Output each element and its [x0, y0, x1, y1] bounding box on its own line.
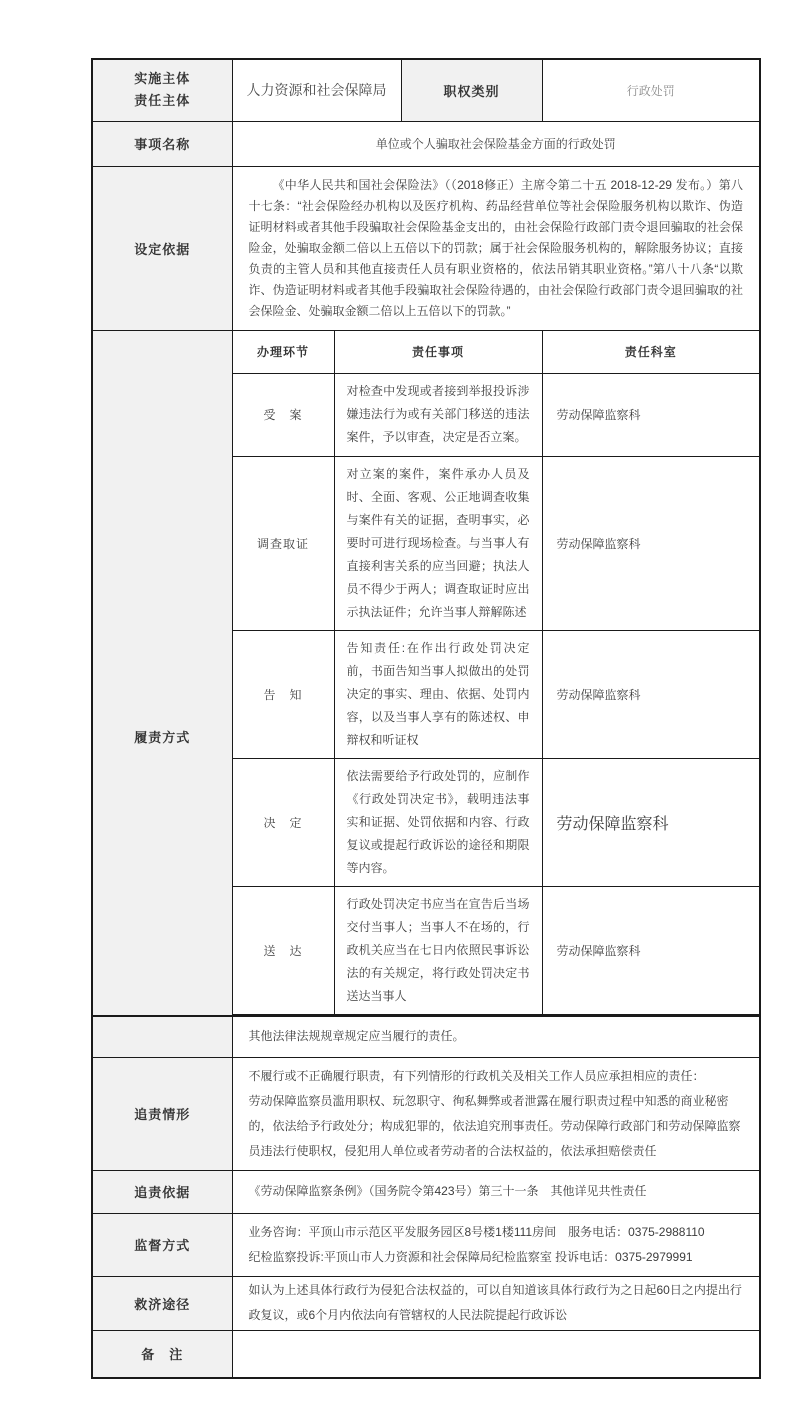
legal-basis-text: 《中华人民共和国社会保险法》（（2018修正）主席令第二十五 2018-12-2… [233, 167, 760, 330]
other-duty-value-cell: 其他法律法规规章规定应当履行的责任。 [232, 1016, 760, 1057]
power-type-label-cell: 职权类别 [401, 59, 542, 121]
duty-dept: 劳动保障监察科 [543, 535, 760, 552]
supervision-label: 监督方式 [134, 1238, 190, 1253]
row-supervision: 监督方式 业务咨询：平顶山市示范区平发服务园区8号楼1楼111房间 服务电话：0… [92, 1213, 760, 1276]
implement-subject-label: 实施主体 [93, 68, 232, 90]
duty-step: 送 达 [232, 886, 334, 1014]
item-name-label: 事项名称 [134, 137, 190, 152]
duty-matter-cell: 对立案的案件，案件承办人员及时、全面、客观、公正地调查收集与案件有关的证据，查明… [334, 456, 542, 630]
remedy-label-cell: 救济途径 [92, 1276, 232, 1330]
item-name-label-cell: 事项名称 [92, 121, 232, 166]
duty-dept: 劳动保障监察科 [543, 686, 760, 703]
row-liability-situation: 追责情形 不履行或不正确履行职责，有下列情形的行政机关及相关工作人员应承担相应的… [92, 1057, 760, 1170]
duty-step: 告 知 [232, 630, 334, 758]
remark-value-cell [232, 1330, 760, 1378]
supervision-line1: 业务咨询：平顶山市示范区平发服务园区8号楼1楼111房间 服务电话：0375-2… [233, 1220, 760, 1245]
responsible-subject-label: 责任主体 [93, 90, 232, 112]
row-other-duty: 其他法律法规规章规定应当履行的责任。 [92, 1016, 760, 1057]
supervision-value-cell: 业务咨询：平顶山市示范区平发服务园区8号楼1楼111房间 服务电话：0375-2… [232, 1213, 760, 1276]
agency-cell: 人力资源和社会保障局 [232, 59, 401, 121]
duty-matter: 对检查中发现或者接到举报投诉涉嫌违法行为或有关部门移送的违法案件，予以审查，决定… [335, 374, 542, 455]
duty-dept: 劳动保障监察科 [543, 942, 760, 959]
power-type-value: 行政处罚 [543, 82, 760, 99]
accountability-table: 其他法律法规规章规定应当履行的责任。 追责情形 不履行或不正确履行职责，有下列情… [91, 1015, 761, 1379]
power-type-value-cell: 行政处罚 [542, 59, 760, 121]
row-remedy: 救济途径 如认为上述具体行政行为侵犯合法权益的，可以自知道该具体行政行为之日起6… [92, 1276, 760, 1330]
row-subject: 实施主体 责任主体 人力资源和社会保障局 职权类别 行政处罚 [92, 59, 760, 121]
remark-label-cell: 备 注 [92, 1330, 232, 1378]
legal-basis-label-cell: 设定依据 [92, 166, 232, 330]
liability-basis-label: 追责依据 [134, 1185, 190, 1200]
other-duty-label-cell [92, 1016, 232, 1057]
supervision-line2: 纪检监察投诉:平顶山市人力资源和社会保障局纪检监察室 投诉电话：0375-297… [233, 1245, 760, 1270]
duty-dept: 劳动保障监察科 [543, 406, 760, 423]
liability-text-line1: 不履行或不正确履行职责，有下列情形的行政机关及相关工作人员应承担相应的责任： [233, 1064, 760, 1089]
main-responsibility-table: 实施主体 责任主体 人力资源和社会保障局 职权类别 行政处罚 事项名称 单位或个… [91, 58, 761, 1144]
duty-dept: 劳动保障监察科 [543, 811, 760, 834]
duty-header-dept: 责任科室 [542, 330, 760, 373]
item-name-value: 单位或个人骗取社会保险基金方面的行政处罚 [233, 135, 760, 152]
duty-matter-cell: 对检查中发现或者接到举报投诉涉嫌违法行为或有关部门移送的违法案件，予以审查，决定… [334, 373, 542, 456]
duty-matter: 对立案的案件，案件承办人员及时、全面、客观、公正地调查收集与案件有关的证据，查明… [335, 457, 542, 630]
agency-name: 人力资源和社会保障局 [233, 80, 401, 100]
liability-label: 追责情形 [134, 1107, 190, 1122]
power-type-label: 职权类别 [443, 84, 499, 99]
duty-dept-cell: 劳动保障监察科 [542, 456, 760, 630]
liability-basis-text: 《劳动保障监察条例》（国务院令第423号）第三十一条 其他详见共性责任 [233, 1179, 760, 1204]
duty-dept-cell: 劳动保障监察科 [542, 886, 760, 1014]
row-liability-basis: 追责依据 《劳动保障监察条例》（国务院令第423号）第三十一条 其他详见共性责任 [92, 1170, 760, 1213]
row-legal-basis: 设定依据 《中华人民共和国社会保险法》（（2018修正）主席令第二十五 2018… [92, 166, 760, 330]
remedy-label: 救济途径 [134, 1297, 190, 1312]
duty-dept-cell: 劳动保障监察科 [542, 630, 760, 758]
remark-label: 备 注 [141, 1347, 183, 1362]
row-remark: 备 注 [92, 1330, 760, 1378]
duty-matter: 行政处罚决定书应当在宣告后当场交付当事人；当事人不在场的，行政机关应当在七日内依… [335, 887, 542, 1014]
duty-dept-cell: 劳动保障监察科 [542, 373, 760, 456]
remedy-value-cell: 如认为上述具体行政行为侵犯合法权益的，可以自知道该具体行政行为之日起60日之内提… [232, 1276, 760, 1330]
legal-basis-value-cell: 《中华人民共和国社会保险法》（（2018修正）主席令第二十五 2018-12-2… [232, 166, 760, 330]
duty-matter: 告知责任:在作出行政处罚决定前，书面告知当事人拟做出的处罚决定的事实、理由、依据… [335, 631, 542, 758]
duty-matter-cell: 行政处罚决定书应当在宣告后当场交付当事人；当事人不在场的，行政机关应当在七日内依… [334, 886, 542, 1014]
liability-basis-label-cell: 追责依据 [92, 1170, 232, 1213]
liability-value-cell: 不履行或不正确履行职责，有下列情形的行政机关及相关工作人员应承担相应的责任： 劳… [232, 1057, 760, 1170]
duty-dept-cell: 劳动保障监察科 [542, 758, 760, 886]
duty-step: 调查取证 [232, 456, 334, 630]
other-duty-text: 其他法律法规规章规定应当履行的责任。 [233, 1024, 760, 1049]
item-name-value-cell: 单位或个人骗取社会保险基金方面的行政处罚 [232, 121, 760, 166]
responsibility-list-sheet: 实施主体 责任主体 人力资源和社会保障局 职权类别 行政处罚 事项名称 单位或个… [0, 0, 793, 1417]
liability-basis-value-cell: 《劳动保障监察条例》（国务院令第423号）第三十一条 其他详见共性责任 [232, 1170, 760, 1213]
legal-basis-label: 设定依据 [134, 242, 190, 257]
duty-header-step: 办理环节 [232, 330, 334, 373]
duty-matter: 依法需要给予行政处罚的，应制作《行政处罚决定书》，载明违法事实和证据、处罚依据和… [335, 759, 542, 886]
duty-header-matter: 责任事项 [334, 330, 542, 373]
row-item-name: 事项名称 单位或个人骗取社会保险基金方面的行政处罚 [92, 121, 760, 166]
duty-step: 受 案 [232, 373, 334, 456]
duty-mode-label: 履责方式 [134, 730, 190, 745]
row-duty-header: 履责方式 办理环节 责任事项 责任科室 [92, 330, 760, 373]
duty-matter-cell: 依法需要给予行政处罚的，应制作《行政处罚决定书》，载明违法事实和证据、处罚依据和… [334, 758, 542, 886]
duty-step: 决 定 [232, 758, 334, 886]
remedy-text: 如认为上述具体行政行为侵犯合法权益的，可以自知道该具体行政行为之日起60日之内提… [233, 1278, 760, 1328]
supervision-label-cell: 监督方式 [92, 1213, 232, 1276]
subject-label-cell: 实施主体 责任主体 [92, 59, 232, 121]
liability-label-cell: 追责情形 [92, 1057, 232, 1170]
liability-text-line2: 劳动保障监察员滥用职权、玩忽职守、徇私舞弊或者泄露在履行职责过程中知悉的商业秘密… [233, 1089, 760, 1164]
duty-matter-cell: 告知责任:在作出行政处罚决定前，书面告知当事人拟做出的处罚决定的事实、理由、依据… [334, 630, 542, 758]
